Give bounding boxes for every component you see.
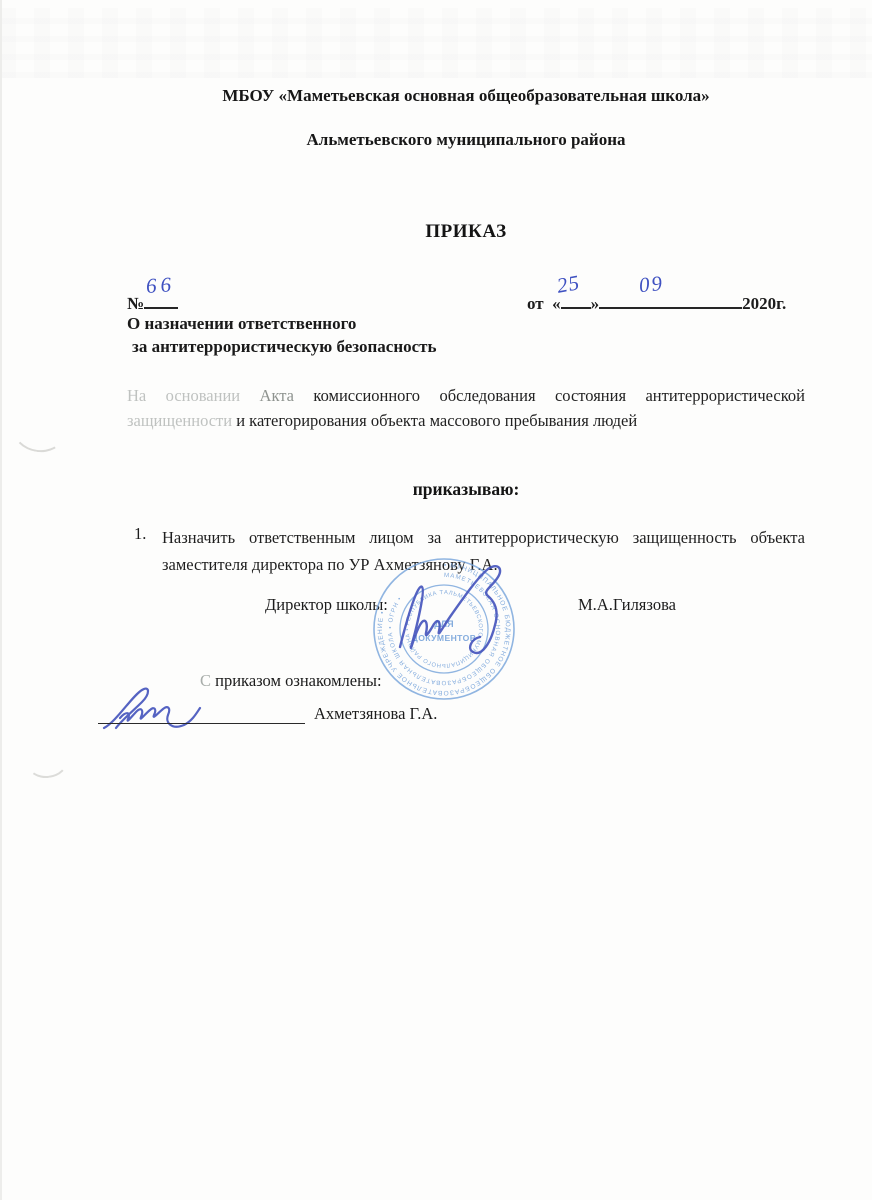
org-header-line2: Альметьевского муниципального района — [127, 130, 805, 150]
date-day-blank: 25 — [561, 293, 591, 309]
order-number-label: № — [127, 294, 144, 313]
body-black-part1: комиссионного обследования состояния ант… — [313, 386, 805, 405]
body-faded-start: На основании — [127, 386, 240, 405]
date-month-blank: 09 — [599, 293, 742, 309]
order-number-handwritten: 66 — [145, 272, 176, 299]
svg-text:• МУНИЦИПАЛЬНОЕ БЮДЖЕТНОЕ ОБЩЕ: • МУНИЦИПАЛЬНОЕ БЮДЖЕТНОЕ ОБЩЕОБРАЗОВАТЕ… — [377, 562, 511, 696]
acknowledged-signature-line — [98, 723, 305, 724]
acknowledged-signature-svg — [90, 684, 280, 736]
decree-word: приказываю: — [127, 479, 805, 500]
order-number-row: №66 — [127, 293, 178, 314]
body-faded-word: защищенности — [127, 411, 232, 430]
paper-curl-mark — [24, 742, 69, 780]
org-header-line1: МБОУ «Маметьевская основная общеобразова… — [127, 86, 805, 106]
subject-line1: О назначении ответственного — [127, 314, 356, 334]
date-year: 2020г. — [742, 294, 786, 313]
body-mid-word: Акта — [260, 386, 294, 405]
subject-line2: за антитеррористическую безопасность — [132, 337, 437, 357]
date-month-handwritten: 09 — [638, 271, 665, 298]
paper-curl-mark — [12, 411, 67, 456]
body-black-part2: и категорирования объекта массового преб… — [236, 411, 637, 430]
order-number-blank: 66 — [144, 293, 178, 309]
order-date-row: от «25»092020г. — [527, 293, 786, 314]
acknowledged-signature — [90, 684, 280, 736]
official-stamp: • МУНИЦИПАЛЬНОЕ БЮДЖЕТНОЕ ОБЩЕОБРАЗОВАТЕ… — [358, 549, 530, 715]
document-title: ПРИКАЗ — [127, 221, 805, 243]
director-name: М.А.Гилязова — [578, 595, 676, 615]
date-from-label: от — [527, 294, 544, 313]
stamp-and-signature: • МУНИЦИПАЛЬНОЕ БЮДЖЕТНОЕ ОБЩЕОБРАЗОВАТЕ… — [358, 549, 530, 715]
body-paragraph: На основании Акта комиссионного обследов… — [127, 383, 805, 433]
list-item-number: 1. — [134, 524, 146, 544]
stamp-ring-outer-text: • МУНИЦИПАЛЬНОЕ БЮДЖЕТНОЕ ОБЩЕОБРАЗОВАТЕ… — [377, 562, 511, 696]
acknowledged-name: Ахметзянова Г.А. — [314, 704, 437, 724]
scan-edge-artifact — [0, 0, 2, 1200]
scan-noise-artifact — [0, 8, 872, 78]
date-day-handwritten: 25 — [555, 270, 582, 299]
document-page: МБОУ «Маметьевская основная общеобразова… — [0, 0, 872, 1200]
stamp-center-line2: ДОКУМЕНТОВ — [412, 633, 477, 643]
date-quote-close: » — [591, 294, 600, 313]
